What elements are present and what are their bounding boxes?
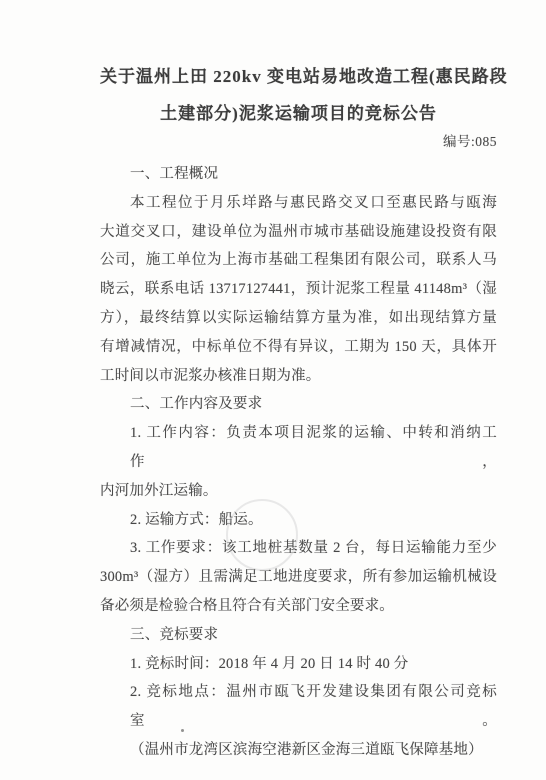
text-line: 晓云，联系电话 13717127441，预计泥浆工程量 41148m³（湿 bbox=[100, 275, 497, 304]
text-line: 二、工作内容及要求 bbox=[100, 390, 497, 419]
text-line: 工时间以市泥浆办核准日期为准。 bbox=[100, 362, 497, 391]
document-number: 编号:085 bbox=[100, 132, 497, 152]
text-line: 2. 竞标地点：温州市瓯飞开发建设集团有限公司竞标室。 bbox=[100, 678, 497, 736]
text-line: （温州市龙湾区滨海空港新区金海三道瓯飞保障基地） bbox=[100, 736, 497, 765]
document-title: 关于温州上田 220kv 变电站易地改造工程(惠民路段 土建部分)泥浆运输项目的… bbox=[100, 58, 497, 132]
document-content: 关于温州上田 220kv 变电站易地改造工程(惠民路段 土建部分)泥浆运输项目的… bbox=[100, 0, 497, 765]
text-line: 内河加外江运输。 bbox=[100, 477, 497, 506]
document-title-line-1: 关于温州上田 220kv 变电站易地改造工程(惠民路段 bbox=[100, 58, 497, 95]
text-line: 300m³（湿方）且需满足工地进度要求，所有参加运输机械设 bbox=[100, 563, 497, 592]
text-line: 公司，施工单位为上海市基础工程集团有限公司，联系人马 bbox=[100, 246, 497, 275]
text-line: 1. 竞标时间：2018 年 4 月 20 日 14 时 40 分 bbox=[100, 650, 497, 679]
text-line: 1. 工作内容：负责本项目泥浆的运输、中转和消纳工作， bbox=[100, 419, 497, 477]
document-title-line-2: 土建部分)泥浆运输项目的竞标公告 bbox=[100, 95, 497, 132]
text-line: 大道交叉口，建设单位为温州市城市基础设施建设投资有限 bbox=[100, 218, 497, 247]
text-line: 本工程位于月乐垟路与惠民路交叉口至惠民路与瓯海 bbox=[100, 189, 497, 218]
scanned-document-page: 关于温州上田 220kv 变电站易地改造工程(惠民路段 土建部分)泥浆运输项目的… bbox=[0, 0, 546, 780]
text-line: 3. 工作要求：该工地桩基数量 2 台，每日运输能力至少 bbox=[100, 534, 497, 563]
text-line: 2. 运输方式：船运。 bbox=[100, 506, 497, 535]
text-line: 方），最终结算以实际运输结算方量为准，如出现结算方量 bbox=[100, 304, 497, 333]
text-line: 有增减情况，中标单位不得有异议，工期为 150 天，具体开 bbox=[100, 333, 497, 362]
body-lines: 一、工程概况本工程位于月乐垟路与惠民路交叉口至惠民路与瓯海大道交叉口，建设单位为… bbox=[100, 160, 497, 765]
text-line: 三、竞标要求 bbox=[100, 621, 497, 650]
text-line: 备必须是检验合格且符合有关部门安全要求。 bbox=[100, 592, 497, 621]
ink-dot-artifact bbox=[181, 729, 184, 732]
text-line: 一、工程概况 bbox=[100, 160, 497, 189]
